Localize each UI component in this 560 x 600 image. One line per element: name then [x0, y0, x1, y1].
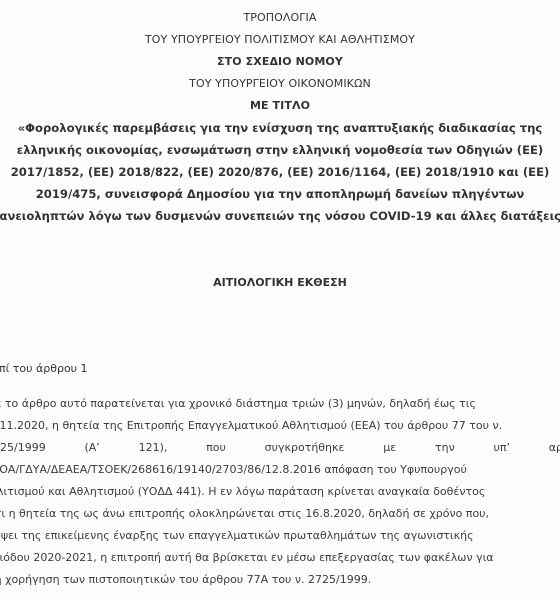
body-line-5: Πολιτισμού και Αθλητισμού (ΥΟΔΔ 441). Η …	[0, 485, 485, 499]
body-line-3-word: αριθμ.	[549, 441, 560, 455]
law-title-line-5: δανειοληπτών λόγω των δυσμενών συνεπειών…	[0, 209, 560, 223]
law-title-line-1: «Φορολογικές παρεμβάσεις για την ενίσχυσ…	[0, 121, 560, 135]
body-line-3-word: που	[206, 441, 226, 455]
body-line-2: 16.11.2020, η θητεία της Επιτροπής Επαγγ…	[0, 419, 502, 433]
body-line-3-word: με	[383, 441, 396, 455]
header-ministry-culture: ΤΟΥ ΥΠΟΥΡΓΕΙΟΥ ΠΟΛΙΤΙΣΜΟΥ ΚΑΙ ΑΘΛΗΤΙΣΜΟΥ	[0, 33, 560, 47]
body-line-3-word: 2725/1999	[0, 441, 46, 455]
article-heading: Επί του άρθρου 1	[0, 362, 88, 376]
header-with-title: ΜΕ ΤΙΤΛΟ	[0, 99, 560, 113]
body-line-8: περιόδου 2020-2021, η επιτροπή αυτή θα β…	[0, 551, 494, 565]
header-amendment: ΤΡΟΠΟΛΟΓΙΑ	[0, 11, 560, 25]
body-line-1: Με το άρθρο αυτό παρατείνεται για χρονικ…	[0, 397, 476, 411]
body-line-3: 2725/1999 (Α’ 121), που συγκροτήθηκε με …	[0, 441, 560, 455]
law-title-line-4: 2019/475, συνεισφορά Δημοσίου για την απ…	[0, 187, 560, 201]
section-heading: ΑΙΤΙΟΛΟΓΙΚΗ ΕΚΘΕΣΗ	[0, 276, 560, 290]
body-line-4: ΥΠΠΟΑ/ΓΔΥΑ/ΔΕΑΕΑ/ΤΣΟΕΚ/268616/19140/2703…	[0, 463, 467, 477]
law-title-line-3: 2017/1852, (ΕΕ) 2018/822, (ΕΕ) 2020/876,…	[0, 165, 560, 179]
header-draft-law: ΣΤΟ ΣΧΕΔΙΟ ΝΟΜΟΥ	[0, 55, 560, 69]
body-line-3-word: υπ’	[494, 441, 510, 455]
document-page: ΤΡΟΠΟΛΟΓΙΑ ΤΟΥ ΥΠΟΥΡΓΕΙΟΥ ΠΟΛΙΤΙΣΜΟΥ ΚΑΙ…	[0, 0, 560, 600]
body-line-9: τη χορήγηση των πιστοποιητικών του άρθρο…	[0, 573, 371, 587]
body-line-3-word: 121),	[139, 441, 168, 455]
header-ministry-finance: ΤΟΥ ΥΠΟΥΡΓΕΙΟΥ ΟΙΚΟΝΟΜΙΚΩΝ	[0, 77, 560, 91]
law-title-line-2: ελληνικής οικονομίας, ενσωμάτωση στην ελ…	[0, 143, 560, 157]
body-line-6: ότι η θητεία της ως άνω επιτροπής ολοκλη…	[0, 507, 489, 521]
body-line-7: ενόψει της επικείμενης έναρξης των επαγγ…	[0, 529, 474, 543]
body-line-3-word: (Α’	[84, 441, 99, 455]
body-line-3-word: την	[435, 441, 455, 455]
body-line-3-word: συγκροτήθηκε	[265, 441, 345, 455]
